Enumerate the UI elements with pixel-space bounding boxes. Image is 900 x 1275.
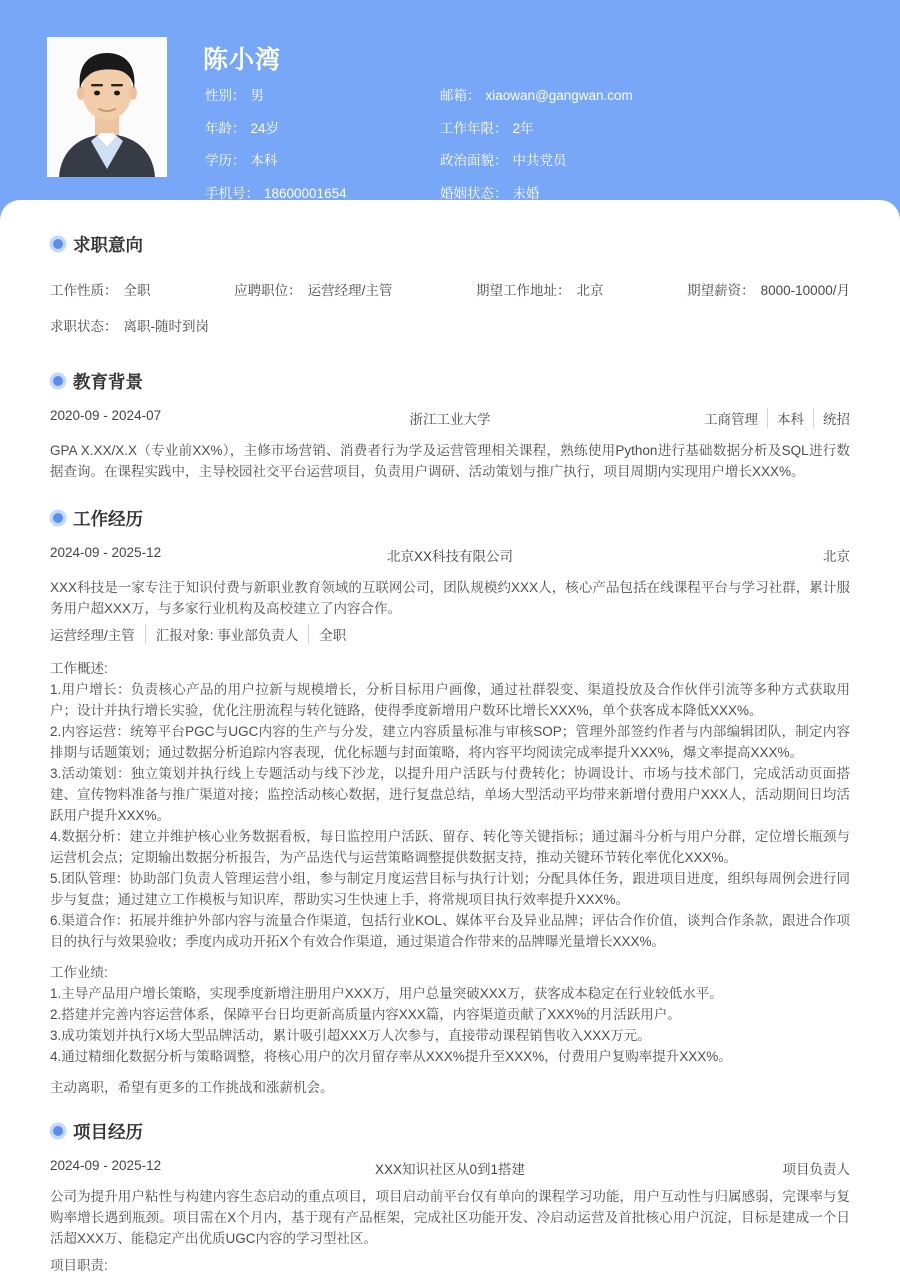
education-major: 工商管理 xyxy=(704,408,767,428)
marital-status-field: 婚姻状态：未婚 xyxy=(440,182,633,202)
work-duty-item: 6.渠道合作：拓展并维护外部内容与流量合作渠道，包括行业KOL、媒体平台及异业品… xyxy=(50,910,850,952)
gender-label: 性别： xyxy=(205,88,246,103)
personal-info-left: 性别：男 年龄：24岁 学历：本科 手机号：18600001654 xyxy=(205,84,440,202)
email-field: 邮箱：xiaowan@gangwan.com xyxy=(440,84,633,104)
section-title-job-intent: 求职意向 xyxy=(50,233,850,255)
profile-photo-illustration xyxy=(47,37,167,177)
project-duty-label: 项目职责: xyxy=(50,1255,850,1275)
degree-field: 学历：本科 xyxy=(205,149,440,169)
project-name: XXX知识社区从0到1搭建 xyxy=(285,1158,614,1178)
phone-field: 手机号：18600001654 xyxy=(205,182,440,202)
phone-value: 18600001654 xyxy=(264,186,347,201)
target-location-value: 北京 xyxy=(577,283,604,298)
target-position-value: 运营经理/主管 xyxy=(308,283,393,298)
work-achievement-item: 1.主导产品用户增长策略，实现季度新增注册用户XXX万，用户总量突破XXX万，获… xyxy=(50,983,850,1004)
marital-status-label: 婚姻状态： xyxy=(440,186,508,201)
section-title-project: 项目经历 xyxy=(50,1120,850,1142)
experience-years-field: 工作年限：2年 xyxy=(440,117,633,137)
job-status-label: 求职状态： xyxy=(50,319,118,334)
age-value: 24岁 xyxy=(251,121,280,136)
email-label: 邮箱： xyxy=(440,88,481,103)
education-enrollment-type: 统招 xyxy=(813,408,850,428)
education-degree: 本科 xyxy=(767,408,813,428)
work-overview-label: 工作概述: xyxy=(50,658,850,679)
education-description: GPA X.XX/X.X（专业前XX%），主修市场营销、消费者行为学及运营管理相… xyxy=(50,440,850,482)
education-header-row: 2020-09 - 2024-07 浙江工业大学 工商管理本科统招 xyxy=(50,408,850,428)
work-achievement-item: 2.搭建并完善内容运营体系，保障平台日均更新高质量内容XXX篇，内容渠道贡献了X… xyxy=(50,1004,850,1025)
bullet-dot-icon xyxy=(53,376,63,386)
project-title: 项目经历 xyxy=(73,1119,143,1144)
expected-salary-value: 8000-10000/月 xyxy=(761,283,850,298)
degree-label: 学历： xyxy=(205,153,246,168)
work-location: 北京 xyxy=(615,545,850,565)
personal-info: 性别：男 年龄：24岁 学历：本科 手机号：18600001654 邮箱：xia… xyxy=(205,84,633,202)
project-role: 项目负责人 xyxy=(615,1158,850,1178)
personal-info-right: 邮箱：xiaowan@gangwan.com 工作年限：2年 政治面貌：中共党员… xyxy=(440,84,633,202)
work-report-to: 汇报对象: 事业部负责人 xyxy=(145,624,309,644)
work-duty-item: 1.用户增长：负责核心产品的用户拉新与规模增长，分析目标用户画像，通过社群裂变、… xyxy=(50,679,850,721)
work-position: 运营经理/主管 xyxy=(50,624,145,644)
job-type-label: 工作性质： xyxy=(50,283,118,298)
project-description: 公司为提升用户粘性与构建内容生态启动的重点项目，项目启动前平台仅有单向的课程学习… xyxy=(50,1186,850,1249)
company-intro: XXX科技是一家专注于知识付费与新职业教育领域的互联网公司，团队规模约XXX人，… xyxy=(50,577,850,619)
candidate-name: 陈小湾 xyxy=(203,40,281,76)
email-value: xiaowan@gangwan.com xyxy=(486,88,633,103)
job-intent-row1: 工作性质：全职 应聘职位：运营经理/主管 期望工作地址：北京 期望薪资：8000… xyxy=(50,279,850,299)
political-status-value: 中共党员 xyxy=(513,153,567,168)
marital-status-value: 未婚 xyxy=(513,186,540,201)
target-position: 应聘职位：运营经理/主管 xyxy=(234,279,392,299)
target-location: 期望工作地址：北京 xyxy=(476,279,604,299)
resume-body-card: 求职意向 工作性质：全职 应聘职位：运营经理/主管 期望工作地址：北京 期望薪资… xyxy=(0,200,900,1275)
experience-years-label: 工作年限： xyxy=(440,121,508,136)
political-status-field: 政治面貌：中共党员 xyxy=(440,149,633,169)
work-achievement-item: 3.成功策划并执行X场大型品牌活动，累计吸引超XXX万人次参与，直接带动课程销售… xyxy=(50,1025,850,1046)
bullet-dot-icon xyxy=(53,239,63,249)
job-type-value: 全职 xyxy=(124,283,151,298)
job-status-value: 离职-随时到岗 xyxy=(124,319,210,334)
education-period: 2020-09 - 2024-07 xyxy=(50,408,285,428)
work-duties-list: 1.用户增长：负责核心产品的用户拉新与规模增长，分析目标用户画像，通过社群裂变、… xyxy=(50,679,850,952)
education-tags: 工商管理本科统招 xyxy=(615,408,850,428)
bullet-dot-icon xyxy=(53,1126,63,1136)
expected-salary-label: 期望薪资： xyxy=(687,283,755,298)
project-header-row: 2024-09 - 2025-12 XXX知识社区从0到1搭建 项目负责人 xyxy=(50,1158,850,1178)
gender-field: 性别：男 xyxy=(205,84,440,104)
project-period: 2024-09 - 2025-12 xyxy=(50,1158,285,1178)
work-duty-item: 2.内容运营：统筹平台PGC与UGC内容的生产与分发，建立内容质量标准与审核SO… xyxy=(50,721,850,763)
job-status: 求职状态：离职-随时到岗 xyxy=(50,315,850,335)
work-employment-type: 全职 xyxy=(308,624,356,644)
work-achievement-item: 4.通过精细化数据分析与策略调整，将核心用户的次月留存率从XXX%提升至XXX%… xyxy=(50,1046,850,1067)
expected-salary: 期望薪资：8000-10000/月 xyxy=(687,279,850,299)
work-company: 北京XX科技有限公司 xyxy=(285,545,614,565)
work-duty-item: 5.团队管理：协助部门负责人管理运营小组，参与制定月度运营目标与执行计划；分配具… xyxy=(50,868,850,910)
target-position-label: 应聘职位： xyxy=(234,283,302,298)
work-meta-row: 运营经理/主管汇报对象: 事业部负责人全职 xyxy=(50,624,850,644)
section-title-education: 教育背景 xyxy=(50,370,850,392)
experience-years-value: 2年 xyxy=(513,121,534,136)
bullet-dot-icon xyxy=(53,513,63,523)
gender-value: 男 xyxy=(251,88,265,103)
education-title: 教育背景 xyxy=(73,369,143,394)
profile-photo xyxy=(47,37,167,177)
job-intent-title: 求职意向 xyxy=(73,232,143,257)
work-period: 2024-09 - 2025-12 xyxy=(50,545,285,565)
work-duty-item: 4.数据分析：建立并维护核心业务数据看板，每日监控用户活跃、留存、转化等关键指标… xyxy=(50,826,850,868)
political-status-label: 政治面貌： xyxy=(440,153,508,168)
work-title: 工作经历 xyxy=(73,506,143,531)
work-achievements-list: 1.主导产品用户增长策略，实现季度新增注册用户XXX万，用户总量突破XXX万，获… xyxy=(50,983,850,1067)
section-title-work: 工作经历 xyxy=(50,507,850,529)
degree-value: 本科 xyxy=(251,153,278,168)
age-label: 年龄： xyxy=(205,121,246,136)
education-school: 浙江工业大学 xyxy=(285,408,614,428)
work-header-row: 2024-09 - 2025-12 北京XX科技有限公司 北京 xyxy=(50,545,850,565)
job-type: 工作性质：全职 xyxy=(50,279,151,299)
resume-header: 陈小湾 性别：男 年龄：24岁 学历：本科 手机号：18600001654 邮箱… xyxy=(0,0,900,205)
leaving-reason: 主动离职，希望有更多的工作挑战和涨薪机会。 xyxy=(50,1077,850,1098)
work-achievements-label: 工作业绩: xyxy=(50,962,850,983)
work-duty-item: 3.活动策划：独立策划并执行线上专题活动与线下沙龙，以提升用户活跃与付费转化；协… xyxy=(50,763,850,826)
target-location-label: 期望工作地址： xyxy=(476,283,571,298)
age-field: 年龄：24岁 xyxy=(205,117,440,137)
phone-label: 手机号： xyxy=(205,186,259,201)
